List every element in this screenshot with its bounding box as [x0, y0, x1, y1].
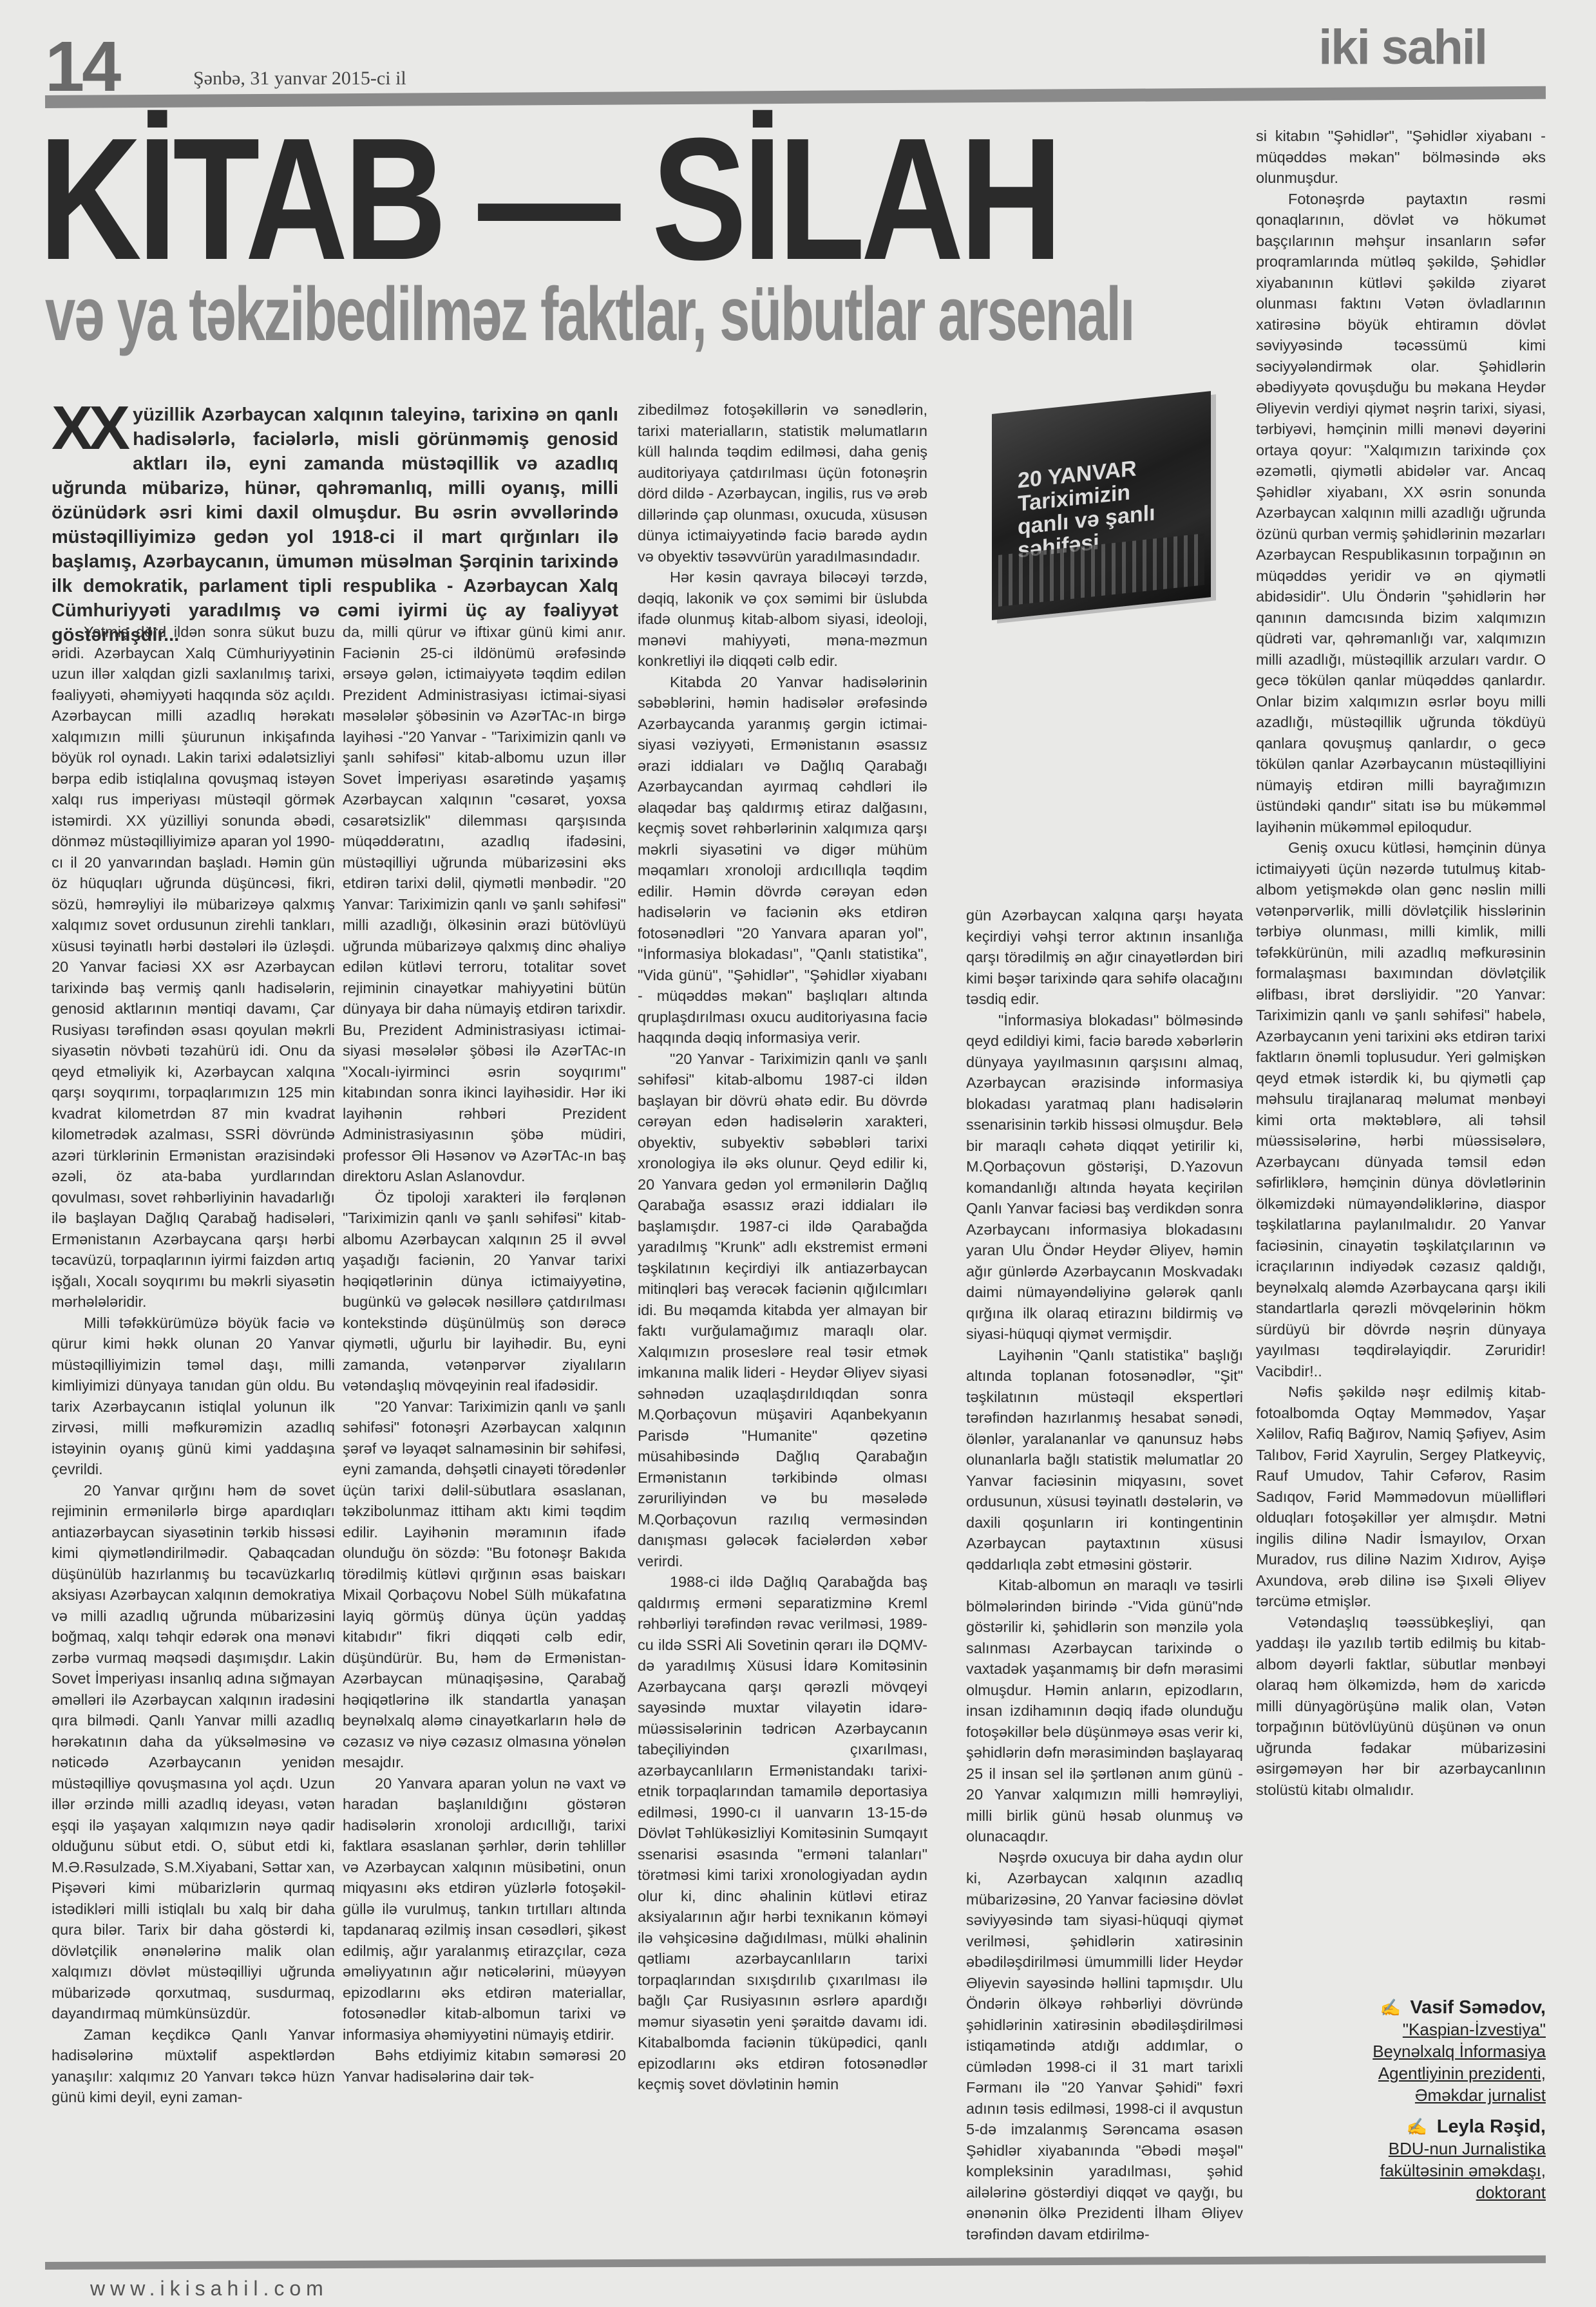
author-role: BDU-nun Jurnalistika — [1380, 2138, 1546, 2160]
article-paragraph: 20 Yanvara aparan yolun nə vaxt və harad… — [343, 1773, 626, 2046]
author-role: Beynəlxalq İnformasiya — [1373, 2040, 1546, 2062]
author-role: Əməkdar jurnalist — [1373, 2084, 1546, 2106]
article-paragraph: Layihənin "Qanlı statistika" başlığı alt… — [966, 1345, 1243, 1575]
author-role: doktorant — [1380, 2181, 1546, 2203]
article-paragraph: Kitabda 20 Yanvar hadisələrinin səbəblər… — [638, 672, 927, 1049]
article-paragraph: Nəşrdə oxucuya bir daha aydın olur ki, A… — [966, 1847, 1243, 2245]
article-subheadline: və ya təkzibedilməz faktlar, sübutlar ar… — [45, 271, 1134, 358]
article-column-4: gün Azərbaycan xalqına qarşı həyata keçi… — [966, 905, 1243, 2245]
author-signature-1: ✍ Vasif Səmədov, "Kaspian-İzvestiya" Bey… — [1373, 1997, 1546, 2106]
article-paragraph: zibedilməz fotoşəkillərin və sənədlərin,… — [638, 399, 927, 567]
article-paragraph: Zaman keçdikcə Qanlı Yanvar hadisələrinə… — [52, 2024, 335, 2108]
article-paragraph: 1988-ci ildə Dağlıq Qarabağda baş qaldır… — [638, 1571, 927, 2095]
article-paragraph: Vətəndaşlıq təəssübkeşliyi, qan yaddaşı … — [1256, 1612, 1546, 1801]
article-paragraph: Milli təfəkkürümüzə böyük faciə və qürur… — [52, 1313, 335, 1480]
article-paragraph: 20 Yanvar qırğını həm də sovet rejiminin… — [52, 1480, 335, 2024]
article-paragraph: Fotonəşrdə paytaxtın rəsmi qonaqlarının,… — [1256, 189, 1546, 838]
article-lead: XX yüzillik Azərbaycan xalqının taleyinə… — [52, 403, 618, 647]
pen-icon: ✍ — [1380, 1998, 1411, 2017]
pen-icon: ✍ — [1407, 2117, 1437, 2136]
lead-dropcap: XX — [52, 403, 126, 454]
website-link[interactable]: www.ikisahil.com — [90, 2277, 328, 2301]
article-paragraph: "İnformasiya blokadası" bölməsində qeyd … — [966, 1010, 1243, 1345]
author-name: Leyla Rəşid, — [1437, 2116, 1546, 2137]
article-paragraph: gün Azərbaycan xalqına qarşı həyata keçi… — [966, 905, 1243, 1010]
author-role: "Kaspian-İzvestiya" — [1373, 2018, 1546, 2040]
lead-text: yüzillik Azərbaycan xalqının taleyinə, t… — [52, 404, 618, 645]
article-paragraph: da, milli qürur və iftixar günü kimi anı… — [343, 622, 626, 1187]
article-column-3: zibedilməz fotoşəkillərin və sənədlərin,… — [638, 399, 927, 2095]
article-paragraph: Öz tipoloji xarakteri ilə fərqlənən "Tar… — [343, 1187, 626, 1396]
newspaper-brand: iki sahil — [1318, 19, 1487, 75]
author-name: Vasif Səmədov, — [1410, 1997, 1546, 2018]
article-paragraph: "20 Yanvar: Tariximizin qanlı və şanlı s… — [343, 1396, 626, 1773]
issue-date: Şənbə, 31 yanvar 2015-ci il — [193, 68, 406, 90]
footer-rule — [45, 2255, 1546, 2270]
article-paragraph: Kitab-albomun ən maraqlı və təsirli bölm… — [966, 1575, 1243, 1847]
article-paragraph: Bəhs etdiyimiz kitabın səmərəsi 20 Yanva… — [343, 2045, 626, 2087]
article-paragraph: si kitabın "Şəhidlər", "Şəhidlər xiyaban… — [1256, 126, 1546, 189]
article-column-5: si kitabın "Şəhidlər", "Şəhidlər xiyaban… — [1256, 126, 1546, 1800]
author-role: fakültəsinin əməkdaşı, — [1380, 2160, 1546, 2181]
article-paragraph: "20 Yanvar - Tariximizin qanlı və şanlı … — [638, 1049, 927, 1572]
article-paragraph: Geniş oxucu kütləsi, həmçinin dünya icti… — [1256, 837, 1546, 1381]
article-paragraph: Hər kəsin qavraya biləcəyi tərzdə, dəqiq… — [638, 567, 927, 672]
article-paragraph: Nəfis şəkildə nəşr edilmiş kitab-fotoalb… — [1256, 1381, 1546, 1612]
author-signature-2: ✍ Leyla Rəşid, BDU-nun Jurnalistika fakü… — [1380, 2116, 1546, 2203]
author-role: Agentliyinin prezidenti, — [1373, 2062, 1546, 2084]
article-column-2: da, milli qürur və iftixar günü kimi anı… — [343, 622, 626, 2087]
article-headline: KİTAB — SİLAH — [39, 113, 1058, 287]
book-cover-photo: 20 YANVAR Tariximizin qanlı və şanlı səh… — [992, 391, 1211, 620]
article-column-1: Yetmiş dörd ildən sonra sükut buzu əridi… — [52, 622, 335, 2108]
article-paragraph: Yetmiş dörd ildən sonra sükut buzu əridi… — [52, 622, 335, 1313]
